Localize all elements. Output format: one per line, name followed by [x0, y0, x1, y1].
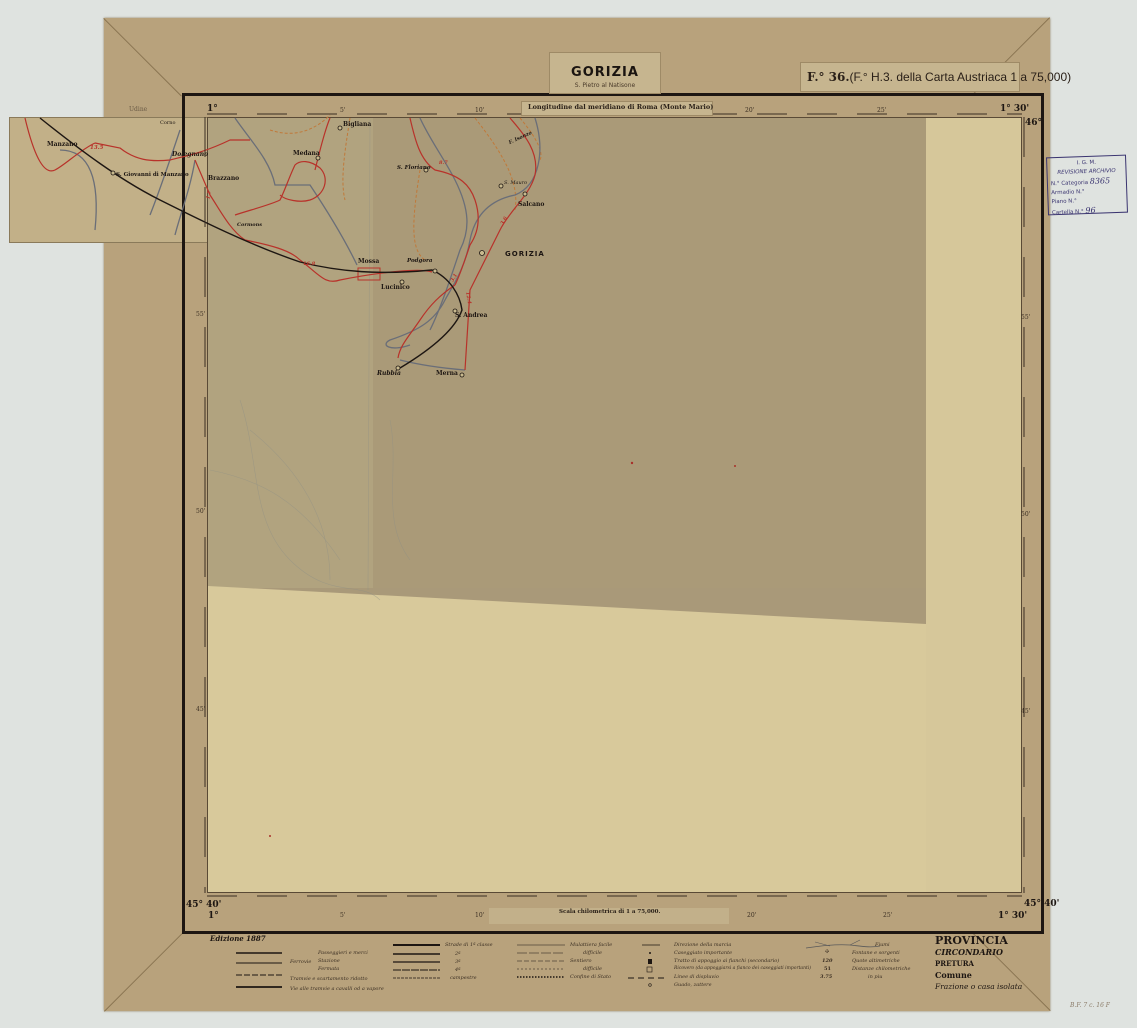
legend-symbols [0, 0, 1137, 1028]
legend-hydro-inpiu: in piu [868, 974, 882, 980]
admin-circondario: CIRCONDARIO [935, 947, 1022, 959]
legend-path-sentiero-diff: difficile [583, 966, 602, 972]
handwritten-note: B.F. 7 c. 16 F [1070, 1002, 1110, 1009]
admin-comune: Comune [935, 970, 1022, 982]
legend-sym-tratto: Tratto di appoggio ai fianchi (secondari… [674, 958, 779, 964]
legend-hydro-sample-1: 120 [822, 958, 832, 964]
admin-pretura: PRETURA [935, 958, 1022, 970]
legend-sym-caseggiato: Caseggiato importante [674, 950, 732, 956]
legend-hydro-distanze: Distanze chilometriche [852, 966, 910, 972]
legend-sym-ricovero: Ricovero (da appoggiarsi a fianco dei ca… [674, 966, 811, 971]
fountain-symbol-icon: ✣ [825, 949, 829, 955]
legend-sym-guado: Guado, zattere [674, 982, 712, 988]
legend-sym-displuvio: Linee di displuvio [674, 974, 719, 980]
legend-hydro-sample-2: 51 [824, 966, 831, 972]
legend-road-campestre: campestre [450, 975, 477, 981]
legend-path-sentiero: Sentiero [570, 958, 592, 964]
legend-hydro-sample-3: 3.75 [820, 974, 832, 980]
legend-rail-fermata: Fermata [318, 966, 339, 972]
admin-hierarchy-legend: PROVINCIA CIRCONDARIO PRETURA Comune Fra… [935, 935, 1022, 993]
legend-hydro-quote: Quote altimetriche [852, 958, 900, 964]
legend-rail-stazione: Stazione [318, 958, 340, 964]
legend-rail-ferrovie: Ferrovie [290, 959, 311, 965]
legend-path-mulattiera: Mulattiera facile [570, 942, 612, 948]
legend-road-2: 2ª [455, 951, 461, 957]
legend-tramvie-cavalli: Vie alle tramvie a cavalli od a vapore [290, 986, 384, 992]
legend-tramvie: Tramvie e scartamento ridotto [290, 976, 367, 982]
legend-road-1: Strade di 1ª classe [445, 942, 493, 948]
legend-sym-direzione: Direzione della marcia [674, 942, 731, 948]
admin-frazione: Frazione o casa isolata [935, 981, 1022, 993]
admin-provincia: PROVINCIA [935, 935, 1022, 947]
legend-confine: Confine di Stato [570, 974, 611, 980]
legend-road-4: 4ª [455, 967, 461, 973]
legend-road-3: 3ª [455, 959, 461, 965]
legend-rail-passeggieri: Passeggieri e merci [318, 950, 368, 956]
legend-path-mulattiera-diff: difficile [583, 950, 602, 956]
legend-hydro-fontane: Fontane e sorgenti [852, 950, 900, 956]
legend-hydro-fiumi: Fiumi [875, 942, 890, 948]
